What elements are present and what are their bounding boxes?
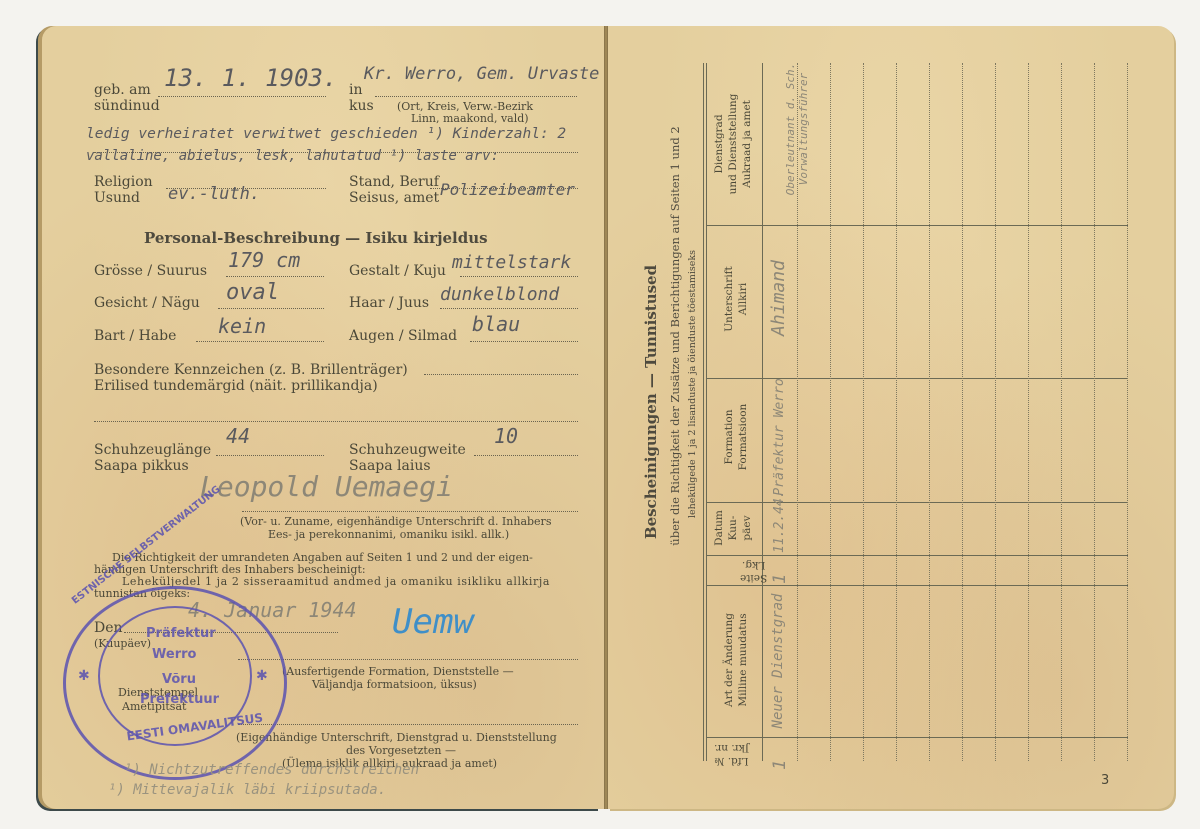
col-header-seite: Seite Lkg. [740, 558, 767, 584]
footnote-line-2: ¹) Mittevajalik läbi kriipsutada. [108, 782, 386, 798]
height-line [226, 276, 324, 277]
beard-value: kein [218, 314, 266, 338]
hair-line [440, 308, 578, 309]
entry-column-10 [1094, 63, 1095, 761]
height-value: 179 cm [228, 248, 300, 272]
place-hint-2: Linn, maakond, vald) [411, 112, 529, 125]
birth-place-value: Kr. Werro, Gem. Urvaste [364, 64, 599, 84]
col-header-dienstgrad: Dienstgrad und Dienststellung Aukraad ja… [712, 66, 754, 222]
shoe-length-label-de: Schuhzeuglänge [94, 442, 211, 458]
col-header-unterschrift: Unterschrift Allkiri [722, 224, 750, 374]
shoe-length-line [216, 455, 324, 456]
face-label: Gesicht / Nägu [94, 295, 200, 311]
entry-column-5 [929, 63, 930, 761]
entry-1-date: 11.2.44. [772, 490, 787, 553]
marital-status-line-2: vallaline, abielus, lesk, lahutatud ¹) l… [86, 148, 499, 164]
stamp-center-4: Prefektuur [140, 692, 219, 707]
occupation-label-de: Stand, Beruf [349, 174, 439, 190]
col-header-art: Art der Änderung Milline muudatus [722, 587, 750, 733]
hair-label: Haar / Juus [349, 295, 429, 311]
birth-date-value: 13. 1. 1903. [164, 64, 337, 92]
table-left-border-2 [706, 63, 707, 761]
holder-signature: Leopold Uemaegi [200, 470, 453, 503]
certifications-subtitle-de: über die Richtigkeit der Zusätze und Ber… [668, 76, 682, 596]
signature-hint-1: (Vor- u. Zuname, eigenhändige Unterschri… [240, 515, 551, 528]
entry-1-change: Neuer Dienstgrad [770, 586, 786, 736]
entry-column-2 [830, 63, 831, 761]
col-header-datum: Datum Kuu- päev [712, 503, 754, 553]
special-marks-line [424, 374, 578, 375]
hair-value: dunkelblond [440, 284, 559, 305]
birth-place-label-et: kus [349, 98, 374, 114]
entry-1-formation: Präfektur Werro [772, 376, 787, 498]
signature-hint-2: Ees- ja perekonnanimi, omaniku isikl. al… [268, 528, 509, 541]
footnote-line-1: ¹) Nichtzutreffendes durchstreichen [124, 762, 419, 778]
stamp-center-2: Werro [152, 647, 196, 662]
beard-line [196, 341, 324, 342]
face-value: oval [226, 280, 279, 305]
height-label: Grösse / Suurus [94, 263, 207, 279]
beard-label: Bart / Habe [94, 328, 176, 344]
row-sep-datum [706, 555, 1128, 556]
stamp-star-right-icon: ✱ [256, 668, 268, 684]
entry-column-9 [1061, 63, 1062, 761]
superior-hint-2: des Vorgesetzten — [346, 744, 456, 757]
occupation-label-et: Seisus, amet [349, 190, 439, 206]
shoe-width-line [474, 455, 578, 456]
table-header-right-border [762, 63, 763, 761]
eyes-value: blau [472, 312, 520, 336]
signature-line [242, 511, 578, 512]
build-label: Gestalt / Kuju [349, 263, 446, 279]
stamp-center-3: Võru [162, 672, 196, 687]
marital-status-line-1: ledig verheiratet verwitwet geschieden ¹… [86, 126, 566, 142]
table-left-border [703, 63, 704, 761]
shoe-length-label-et: Saapa pikkus [94, 458, 189, 474]
entry-column-6 [962, 63, 963, 761]
face-line [218, 308, 324, 309]
religion-label-et: Usund [94, 190, 140, 206]
birth-label-de: geb. am [94, 82, 151, 98]
birth-label-et: sündinud [94, 98, 160, 114]
build-line [460, 276, 578, 277]
issuer-signature: Uemw [392, 602, 474, 642]
birth-place-label-de: in [349, 82, 363, 98]
formation-hint-2: Väljandja formatsioon, üksus) [312, 678, 477, 691]
religion-label-de: Religion [94, 174, 153, 190]
certifications-title: Bescheinigungen — Tunnistused [642, 232, 660, 572]
stamp-center-1: Präfektur [146, 626, 216, 641]
certifications-subtitle-et: lehekülgede 1 ja 2 lisanduste ja õiendus… [687, 184, 698, 584]
entry-column-11 [1127, 63, 1128, 761]
special-marks-line-2 [94, 421, 578, 422]
build-value: mittelstark [452, 252, 571, 273]
row-sep-art [706, 737, 1128, 738]
col-header-nr: Lfd. № Jkr. nr. [714, 741, 749, 767]
formation-hint-1: (Ausfertigende Formation, Dienststelle — [282, 665, 514, 678]
superior-signature-line [238, 724, 578, 725]
shoe-width-value: 10 [494, 424, 518, 448]
special-marks-label-et: Erilised tundemärgid (näit. prillikandja… [94, 378, 378, 394]
entry-column-3 [863, 63, 864, 761]
eyes-line [470, 341, 578, 342]
page-number: 3 [1101, 773, 1109, 788]
eyes-label: Augen / Silmad [349, 328, 457, 344]
shoe-width-label-de: Schuhzeugweite [349, 442, 466, 458]
shoe-length-value: 44 [226, 424, 250, 448]
occupation-value: Polizeibeamter [440, 180, 575, 199]
religion-value: ev.-luth. [168, 184, 260, 204]
special-marks-label-de: Besondere Kennzeichen (z. B. Brillenträg… [94, 362, 408, 378]
personal-description-title: Personal-Beschreibung — Isiku kirjeldus [144, 229, 488, 247]
formation-line [238, 659, 578, 660]
entry-1-nr: 1 [770, 760, 790, 770]
row-sep-unterschrift [706, 378, 1128, 379]
entry-1-rank: Oberleutnant d. Sch. Vorwaltungsführer [784, 34, 810, 224]
entry-column-4 [896, 63, 897, 761]
stamp-star-left-icon: ✱ [78, 668, 90, 684]
superior-hint-1: (Eigenhändige Unterschrift, Dienstgrad u… [236, 731, 557, 744]
entry-1-page: 1 [770, 574, 790, 584]
col-header-formation: Formation Formatsioon [722, 376, 750, 498]
entry-1-signature: Ahimand [768, 224, 789, 372]
birth-place-line [375, 96, 577, 97]
entry-column-8 [1028, 63, 1029, 761]
entry-column-7 [995, 63, 996, 761]
row-sep-formation [706, 502, 1128, 503]
birth-date-line [158, 96, 326, 97]
